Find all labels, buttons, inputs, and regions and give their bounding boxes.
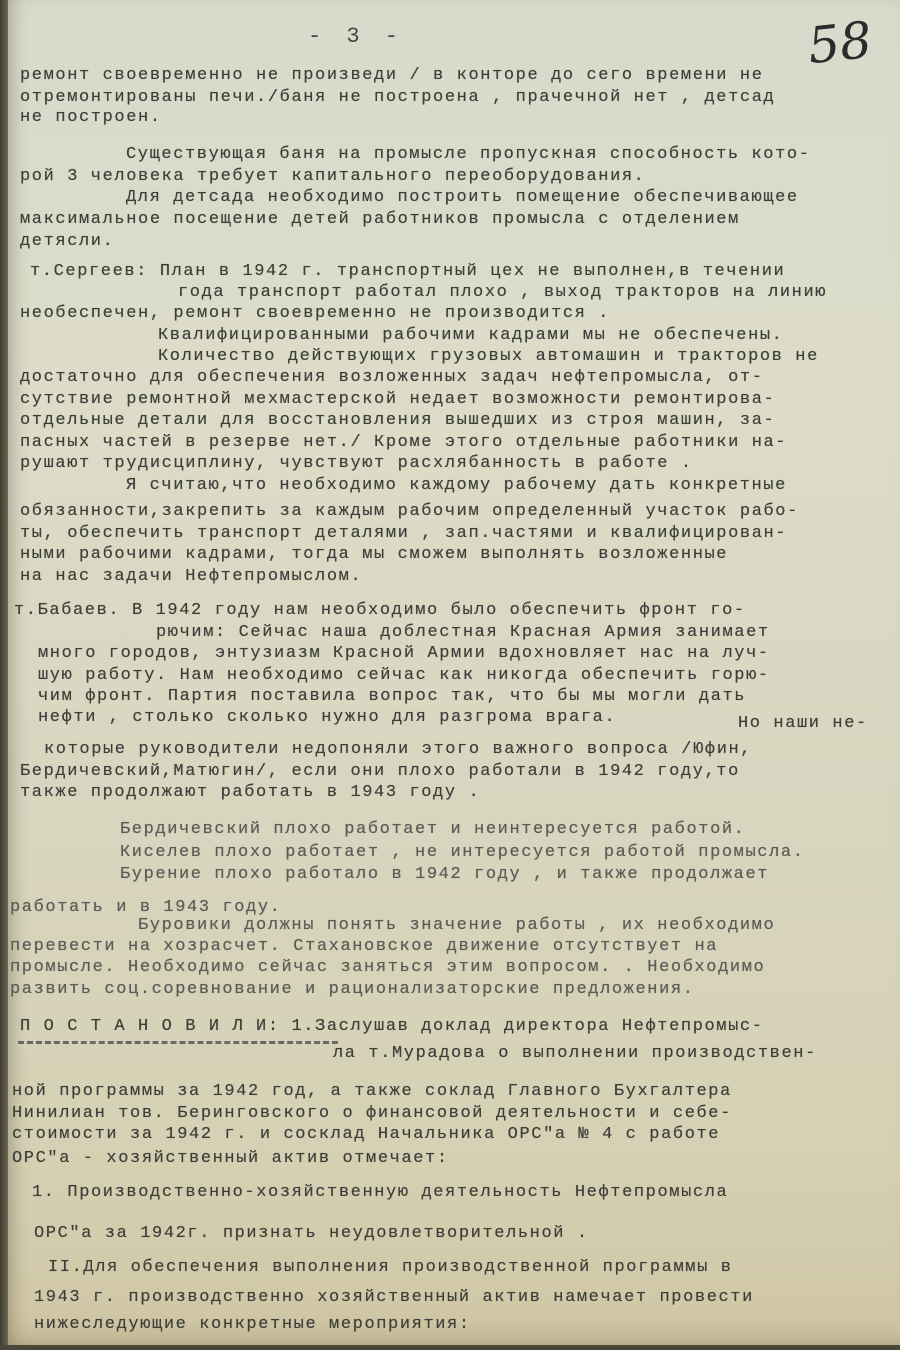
text-line: много городов, энтузиазм Красной Армии в… <box>38 644 770 663</box>
text-line: рушают трудисциплину, чувствуют расхляба… <box>20 454 693 473</box>
text-line: ОРС"а за 1942г. признать неудовлетворите… <box>34 1224 589 1243</box>
text-line: ОРС"а - хозяйственный актив отмечает: <box>12 1149 449 1168</box>
text-line: Киселев плохо работает , не интересуется… <box>120 843 805 862</box>
text-line: перевести на хозрасчет. Стахановское дви… <box>10 937 718 956</box>
text-line: Нинилиан тов. Беринговского о финансовой… <box>12 1104 732 1123</box>
text-line: нефти , столько сколько нужно для разгро… <box>38 708 616 727</box>
text-line: Квалифицированными рабочими кадрами мы н… <box>158 326 784 345</box>
resolution-item-2: II.Для обеспечения выполнения производст… <box>48 1258 733 1277</box>
resolution-heading: П О С Т А Н О В И Л И: 1.Заслушав доклад… <box>20 1017 764 1036</box>
text-line: не построен. <box>20 108 162 127</box>
text-line: пасных частей в резерве нет./ Кроме этог… <box>20 433 787 452</box>
text-line: Буровики должны понять значение работы ,… <box>138 916 775 935</box>
text-line: Для детсада необходимо построить помещен… <box>126 188 799 207</box>
text-line: промысле. Необходимо сейчас заняться эти… <box>10 958 765 977</box>
text-line: Количество действующих грузовых автомаши… <box>158 347 819 366</box>
text-line: необеспечен, ремонт своевременно не прои… <box>20 304 610 323</box>
text-line: работать и в 1943 году. <box>10 898 281 917</box>
page-edge <box>0 0 8 1350</box>
text-line: шую работу. Нам необходимо сейчас как ни… <box>38 666 770 685</box>
text-line: детясли. <box>20 232 114 251</box>
text-line: сутствие ремонтной мехмастерской недает … <box>20 390 775 409</box>
text-line: максимальное посещение детей работников … <box>20 210 740 229</box>
text-line: отремонтированы печи./баня не построена … <box>20 88 775 107</box>
text-line: рючим: Сейчас наша доблестная Красная Ар… <box>156 623 770 642</box>
scan-bottom-edge <box>0 1345 900 1350</box>
text-line: обязанности,закрепить за каждым рабочим … <box>20 502 799 521</box>
text-line: года транспорт работал плохо , выход тра… <box>178 283 827 302</box>
resolution-item-1: 1. Производственно-хозяйственную деятель… <box>32 1183 728 1202</box>
text-line: Бурение плохо работало в 1942 году , и т… <box>120 865 769 884</box>
text-line: достаточно для обеспечения возложенных з… <box>20 368 764 387</box>
text-line: ремонт своевременно не произведи / в кон… <box>20 66 764 85</box>
text-line: нижеследующие конкретные мероприятия: <box>34 1315 471 1334</box>
text-line: на нас задачи Нефтепромыслом. <box>20 567 362 586</box>
text-line: Но наши не- <box>738 714 868 733</box>
text-line: чим фронт. Партия поставила вопрос так, … <box>38 687 746 706</box>
text-line: которые руководители недопоняли этого ва… <box>44 740 752 759</box>
text-line: ла т.Мурадова о выполнении производствен… <box>333 1044 817 1063</box>
text-line: рой 3 человека требует капитального пере… <box>20 167 646 186</box>
text-line: ты, обеспечить транспорт деталями , зап.… <box>20 524 787 543</box>
text-line: развить соц.соревнование и рационализато… <box>10 980 695 999</box>
archive-sheet-number: 58 <box>805 11 874 75</box>
text-line: также продолжают работать в 1943 году . <box>20 783 480 802</box>
text-line: ной программы за 1942 год, а также сокла… <box>12 1082 732 1101</box>
text-line: Я считаю,что необходимо каждому рабочему… <box>126 476 787 495</box>
text-line: Бердичевский,Матюгин/, если они плохо ра… <box>20 762 740 781</box>
text-line: Существующая баня на промысле пропускная… <box>126 145 811 164</box>
page-number: - 3 - <box>308 24 404 49</box>
text-line: ными рабочими кадрами, тогда мы сможем в… <box>20 545 728 564</box>
text-line: стоимости за 1942 г. и сосклад Начальник… <box>12 1125 720 1144</box>
text-line: отдельные детали для восстановления выше… <box>20 411 775 430</box>
typewritten-page: - 3 - 58 ремонт своевременно не произвед… <box>8 0 900 1345</box>
text-line: Бердичевский плохо работает и неинтересу… <box>120 820 746 839</box>
text-line: 1943 г. производственно хозяйственный ак… <box>34 1288 754 1307</box>
speaker-babaev: т.Бабаев. В 1942 году нам необходимо был… <box>14 601 746 620</box>
heading-underline <box>18 1041 338 1044</box>
speaker-sergeev: т.Сергеев: План в 1942 г. транспортный ц… <box>30 262 785 281</box>
